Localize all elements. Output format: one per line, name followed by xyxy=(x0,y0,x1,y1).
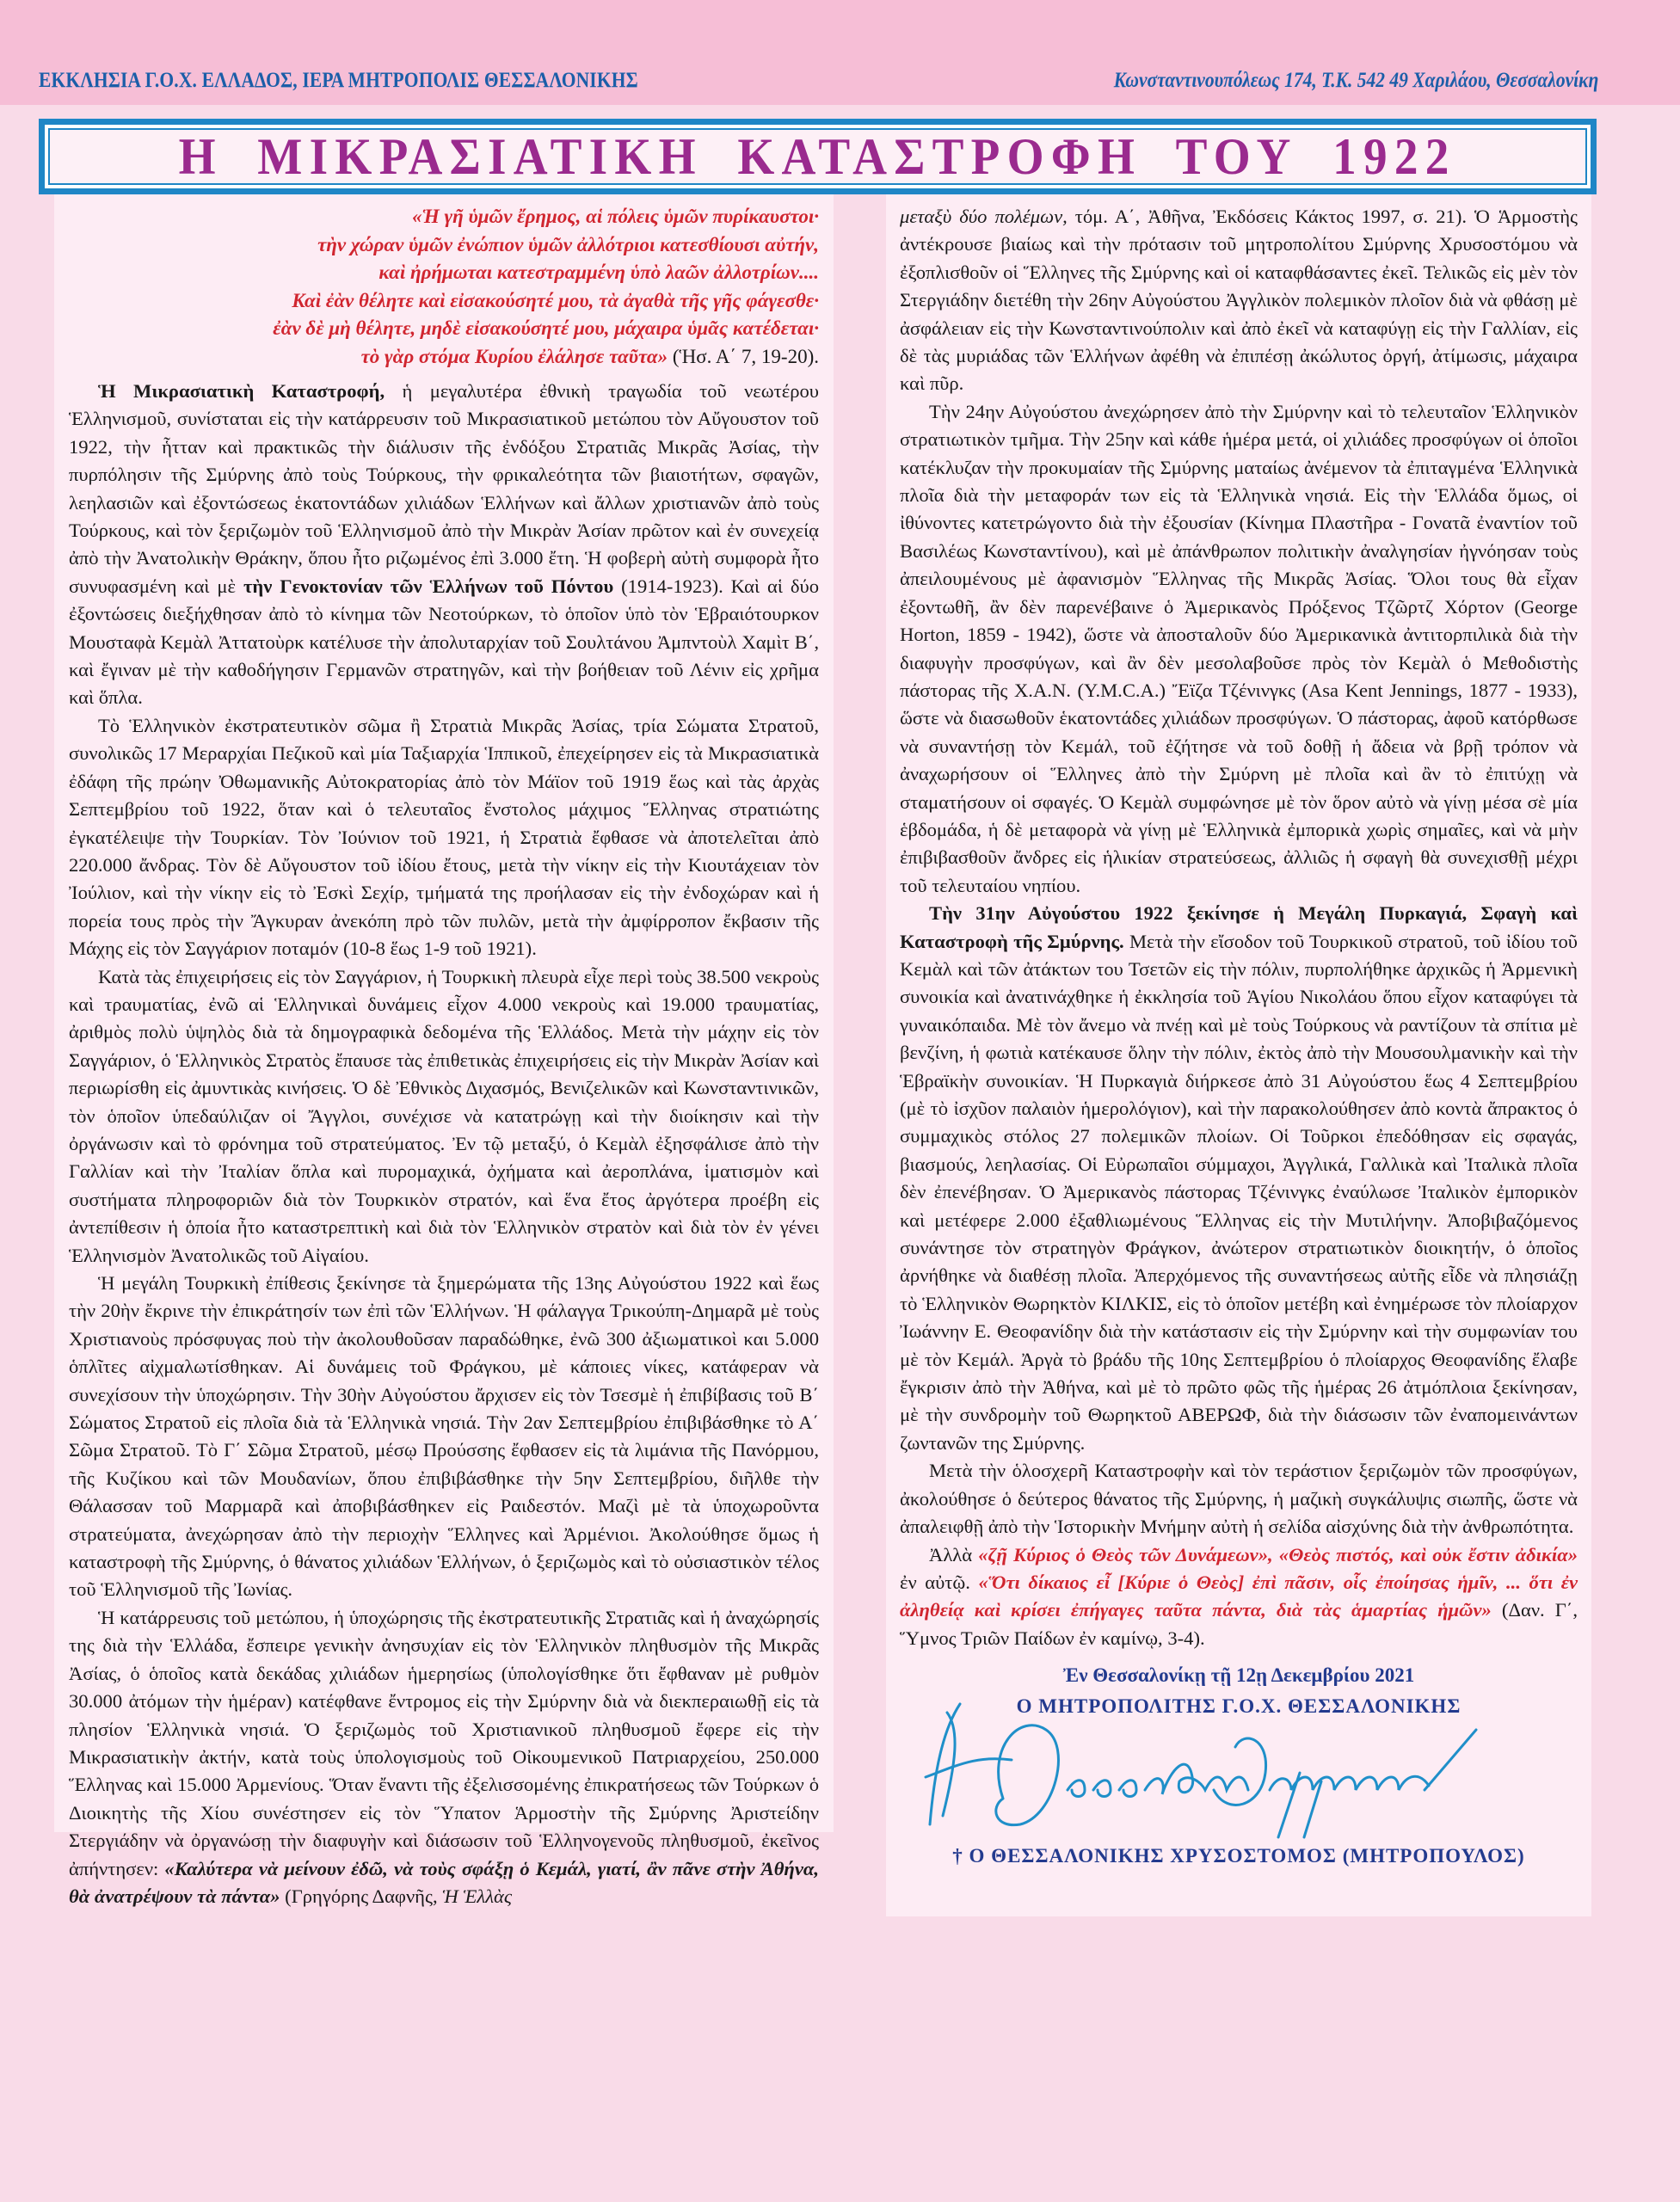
paragraph-3: Κατὰ τὰς ἐπιχειρήσεις εἰς τὸν Σαγγάριον,… xyxy=(69,963,819,1270)
paragraph-7: Τὴν 24ην Αὐγούστου ἀνεχώρησεν ἀπὸ τὴν Σμ… xyxy=(900,398,1578,900)
epigraph-reference: (Ἡσ. Α΄ 7, 19-20). xyxy=(668,346,819,367)
epigraph-line: Καὶ ἐὰν θέλητε καὶ εἰσακούσητέ μου, τὰ ἀ… xyxy=(69,287,819,316)
title-frame: Η ΜΙΚΡΑΣΙΑΤΙΚΗ ΚΑΤΑΣΤΡΟΦΗ ΤΟΥ 1922 xyxy=(39,119,1597,194)
signature-block: Ἐν Θεσσαλονίκῃ τῇ 12ῃ Δεκεμβρίου 2021 Ο … xyxy=(900,1663,1578,1878)
epigraph-line: ἐὰν δὲ μὴ θέλητε, μηδὲ εἰσακούσητέ μου, … xyxy=(69,315,819,343)
paragraph-9: Μετὰ τὴν ὁλοσχερῆ Καταστροφὴν καὶ τὸν τε… xyxy=(900,1457,1578,1541)
title-inner-frame: Η ΜΙΚΡΑΣΙΑΤΙΚΗ ΚΑΤΑΣΤΡΟΦΗ ΤΟΥ 1922 xyxy=(48,128,1587,185)
epigraph-line: τὴν χώραν ὑμῶν ἐνώπιον ὑμῶν ἀλλότριοι κα… xyxy=(69,231,819,260)
paragraph-2: Τὸ Ἑλληνικὸν ἐκστρατευτικὸν σῶμα ἢ Στρατ… xyxy=(69,712,819,963)
header-organization: ΕΚΚΛΗΣΙΑ Γ.Ο.Χ. ΕΛΛΑΔΟΣ, ΙΕΡΑ ΜΗΤΡΟΠΟΛΙΣ… xyxy=(39,69,638,93)
left-column: «Ἡ γῆ ὑμῶν ἔρημος, αἱ πόλεις ὑμῶν πυρίκα… xyxy=(54,194,834,1832)
paragraph-text: ἡ μεγαλυτέρα ἐθνικὴ τραγωδία τοῦ νεωτέρο… xyxy=(69,380,819,597)
paragraph-text: τόμ. Α΄, Ἀθῆνα, Ἐκδόσεις Κάκτος 1997, σ.… xyxy=(900,206,1578,394)
paragraph-6: μεταξὺ δύο πολέμων, τόμ. Α΄, Ἀθῆνα, Ἐκδό… xyxy=(900,203,1578,398)
paragraph-text: Ἡ κατάρρευσις τοῦ μετώπου, ἡ ὑποχώρησις … xyxy=(69,1607,819,1879)
lead-bold: Ἡ Μικρασιατικὴ Καταστροφή, xyxy=(98,380,385,402)
header-address: Κωνσταντινουπόλεως 174, Τ.Κ. 542 49 Χαρι… xyxy=(1113,69,1598,93)
book-title: Ἡ Ἑλλὰς xyxy=(442,1885,512,1907)
epigraph-quote: «Ἡ γῆ ὑμῶν ἔρημος, αἱ πόλεις ὑμῶν πυρίκα… xyxy=(69,203,819,371)
header-band: ΕΚΚΛΗΣΙΑ Γ.Ο.Χ. ΕΛΛΑΔΟΣ, ΙΕΡΑ ΜΗΤΡΟΠΟΛΙΣ… xyxy=(0,0,1680,105)
epigraph-line: καὶ ἠρήμωται κατεστραμμένη ὑπὸ λαῶν ἀλλο… xyxy=(69,259,819,287)
paragraph-1: Ἡ Μικρασιατικὴ Καταστροφή, ἡ μεγαλυτέρα … xyxy=(69,378,819,712)
right-column: μεταξὺ δύο πολέμων, τόμ. Α΄, Ἀθῆνα, Ἐκδό… xyxy=(886,194,1591,1916)
paragraph-text: Μετὰ τὴν εἴσοδον τοῦ Τουρκικοῦ στρατοῦ, … xyxy=(900,931,1578,1454)
paragraph-4: Ἡ μεγάλη Τουρκικὴ ἐπίθεσις ξεκίνησε τὰ ξ… xyxy=(69,1270,819,1604)
epigraph-line-last: τὸ γὰρ στόμα Κυρίου ἐλάλησε ταῦτα» (Ἡσ. … xyxy=(69,343,819,372)
signature-date: Ἐν Θεσσαλονίκῃ τῇ 12ῃ Δεκεμβρίου 2021 xyxy=(900,1663,1578,1688)
handwritten-signature-icon xyxy=(908,1695,1579,1842)
signatory-name: † Ο ΘΕΣΣΑΛΟΝΙΚΗΣ ΧΡΥΣΟΣΤΟΜΟΣ (ΜΗΤΡΟΠΟΥΛΟ… xyxy=(900,1845,1578,1867)
paragraph-5: Ἡ κατάρρευσις τοῦ μετώπου, ἡ ὑποχώρησις … xyxy=(69,1604,819,1910)
epigraph-text: τὸ γὰρ στόμα Κυρίου ἐλάλησε ταῦτα» xyxy=(361,346,668,367)
paragraph-8: Τὴν 31ην Αὐγούστου 1922 ξεκίνησε ἡ Μεγάλ… xyxy=(900,900,1578,1457)
scripture-quote-2: «Ὅτι δίκαιος εἶ [Κύριε ὁ Θεὸς] ἐπὶ πᾶσιν… xyxy=(900,1572,1578,1621)
page-title: Η ΜΙΚΡΑΣΙΑΤΙΚΗ ΚΑΤΑΣΤΡΟΦΗ ΤΟΥ 1922 xyxy=(179,127,1456,187)
paragraph-text: ἐν αὐτῷ. xyxy=(900,1572,978,1593)
epigraph-line: «Ἡ γῆ ὑμῶν ἔρημος, αἱ πόλεις ὑμῶν πυρίκα… xyxy=(69,203,819,231)
pontus-bold: τὴν Γενοκτονίαν τῶν Ἑλλήνων τοῦ Πόντου xyxy=(243,575,613,597)
scripture-quote-1: «ζῇ Κύριος ὁ Θεὸς τῶν Δυνάμεων», «Θεὸς π… xyxy=(978,1544,1578,1565)
citation-text: (Γρηγόρης Δαφνῆς, xyxy=(280,1885,443,1907)
paragraph-text: Ἀλλὰ xyxy=(929,1544,978,1565)
paragraph-10: Ἀλλὰ «ζῇ Κύριος ὁ Θεὸς τῶν Δυνάμεων», «Θ… xyxy=(900,1541,1578,1653)
book-title-cont: μεταξὺ δύο πολέμων, xyxy=(900,206,1068,227)
